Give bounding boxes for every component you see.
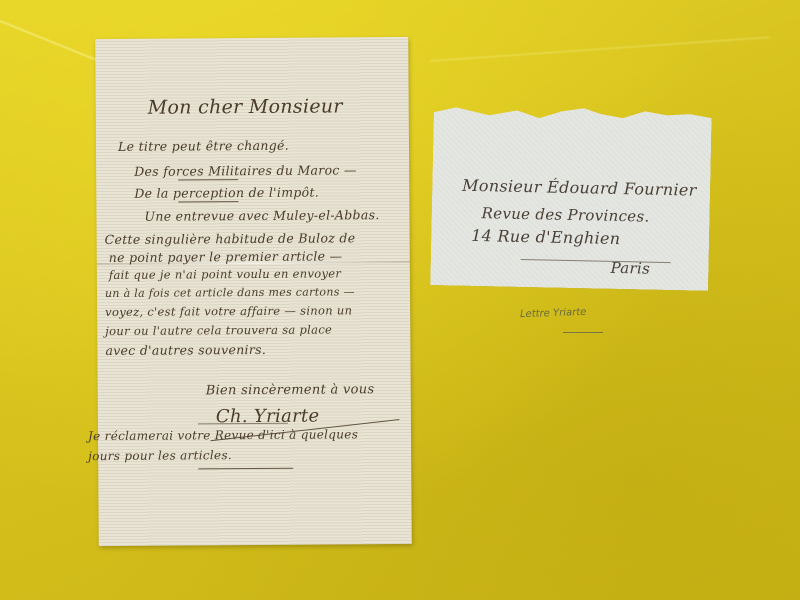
underline [178,201,238,202]
letter-line: Cette singulière habitude de Buloz de [105,230,356,247]
letter-line: jour ou l'autre cela trouvera sa place [105,322,332,338]
underline [198,468,293,470]
handwritten-letter: Mon cher Monsieur Le titre peut être cha… [95,37,412,546]
letter-line: De la perception de l'impôt. [134,185,319,201]
letter-line: ne point payer le premier article — [109,248,343,265]
pencil-annotation: Lettre Yriarte [520,307,587,320]
envelope-address-line: 14 Rue d'Enghien [471,226,621,248]
envelope: Monsieur Édouard Fournier Revue des Prov… [430,105,712,291]
letter-postscript-line: Je réclamerai votre Revue d'ici à quelqu… [88,427,358,443]
letter-greeting: Mon cher Monsieur [148,95,343,118]
letter-line: avec d'autres souvenirs. [105,342,266,358]
pencil-underline [563,332,603,333]
letter-line: Des forces Militaires du Maroc — [134,162,357,179]
underline [178,179,238,180]
letter-line: Une entrevue avec Muley-el-Abbas. [144,207,379,224]
letter-line: voyez, c'est fait votre affaire — sinon … [105,303,352,319]
letter-postscript-line: jours pour les articles. [88,448,232,463]
letter-line: un à la fois cet article dans mes carton… [105,285,355,300]
letter-line: fait que je n'ai point voulu en envoyer [109,266,341,282]
envelope-address-line: Revue des Provinces. [481,204,649,226]
envelope-address-line: Monsieur Édouard Fournier [462,176,697,200]
background-crease [430,36,769,62]
envelope-address-line: Paris [610,259,650,278]
letter-line: Le titre peut être changé. [118,138,289,154]
letter-closing: Bien sincèrement à vous [206,382,375,398]
